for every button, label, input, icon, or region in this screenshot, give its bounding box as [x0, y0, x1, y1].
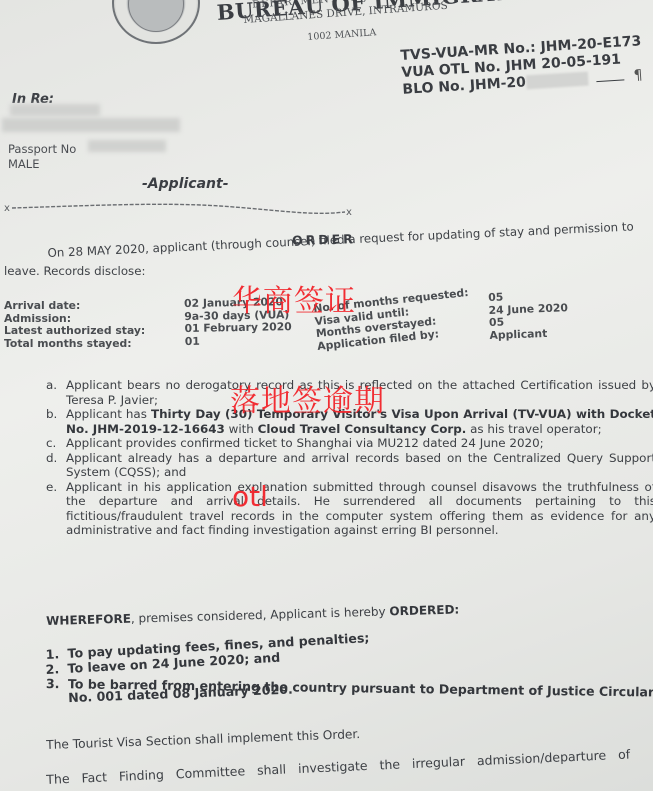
order-intro-line1: On 28 MAY 2020, applicant (through couns…: [3, 218, 653, 263]
applicant-sex: MALE: [8, 157, 39, 171]
finding-text: Applicant in his application explanation…: [66, 480, 653, 538]
finding-item: e.Applicant in his application explanati…: [46, 480, 653, 538]
finding-marker: d.: [46, 451, 66, 480]
finding-marker: b.: [46, 407, 66, 436]
watermark-overlay-2: 落地签逾期: [230, 376, 385, 420]
finding-text-bold: Cloud Travel Consultancy Corp.: [258, 422, 467, 436]
redacted-passport-number: [88, 140, 166, 152]
finding-text: Applicant provides confirmed ticket to S…: [66, 436, 653, 451]
finding-text-part: Applicant provides confirmed ticket to S…: [66, 436, 544, 450]
finding-marker: a.: [46, 378, 66, 407]
svg-text:x: x: [4, 203, 10, 214]
latest-authorized-stay-label: Latest authorized stay:: [4, 325, 145, 338]
finding-text-part: Applicant has: [66, 407, 151, 421]
finding-text-part: Applicant already has a departure and ar…: [66, 451, 653, 480]
finding-item: c.Applicant provides confirmed ticket to…: [46, 436, 653, 451]
reference-numbers: TVS-VUA-MR No.: JHM-20-E173 VUA OTL No. …: [400, 33, 644, 99]
ordered-label: ORDERED:: [389, 602, 459, 618]
finding-marker: c.: [46, 436, 66, 451]
wherefore-middle: , premises considered, Applicant is here…: [131, 604, 390, 625]
arrival-date-label: Arrival date:: [4, 300, 145, 313]
implementation-statement: The Tourist Visa Section shall implement…: [46, 727, 360, 752]
agency-address-line2: 1002 MANILA: [307, 27, 377, 43]
blank-line: [596, 79, 624, 82]
total-months-stayed-value: 01: [185, 334, 292, 348]
redacted-name: [10, 104, 100, 116]
records-left-labels: Arrival date: Admission: Latest authoriz…: [4, 300, 145, 350]
finding-text-part: as his travel operator;: [466, 422, 601, 436]
finding-text-part: Applicant in his application explanation…: [66, 480, 653, 538]
total-months-stayed-label: Total months stayed:: [4, 338, 145, 351]
finding-text-part: with: [225, 422, 258, 436]
finding-item: d.Applicant already has a departure and …: [46, 451, 653, 480]
finding-text: Applicant already has a departure and ar…: [66, 451, 653, 480]
redacted-nationality: [2, 118, 180, 132]
item-number: 2.: [45, 661, 68, 677]
government-seal-icon: [112, 0, 200, 44]
watermark-overlay-1: 华商签证: [232, 276, 356, 320]
dashed-separator: x x: [0, 198, 360, 220]
svg-text:x: x: [346, 207, 352, 218]
redacted-blo-suffix: [525, 72, 588, 90]
wherefore-clause: WHEREFORE, premises considered, Applican…: [46, 602, 459, 628]
application-filed-by-value: Applicant: [489, 327, 569, 342]
item-number: 1.: [45, 647, 68, 663]
latest-authorized-stay-value: 01 February 2020: [184, 321, 291, 335]
passport-label: Passport No: [8, 142, 76, 156]
applicant-role-label: -Applicant-: [142, 176, 229, 192]
records-right-values: 05 24 June 2020 05 Applicant: [488, 289, 569, 342]
item-number: 3.: [46, 677, 68, 692]
finding-marker: e.: [46, 480, 66, 538]
ordered-items-list: 1.To pay updating fees, fines, and penal…: [46, 648, 653, 706]
order-intro: On 28 MAY 2020, applicant (through couns…: [4, 248, 653, 279]
watermark-overlay-3: otl: [232, 480, 268, 513]
wherefore-lead: WHEREFORE: [46, 612, 131, 628]
pilcrow-mark-icon: ¶: [633, 67, 643, 84]
fact-finding-statement: The Fact Finding Committee shall investi…: [46, 747, 630, 787]
